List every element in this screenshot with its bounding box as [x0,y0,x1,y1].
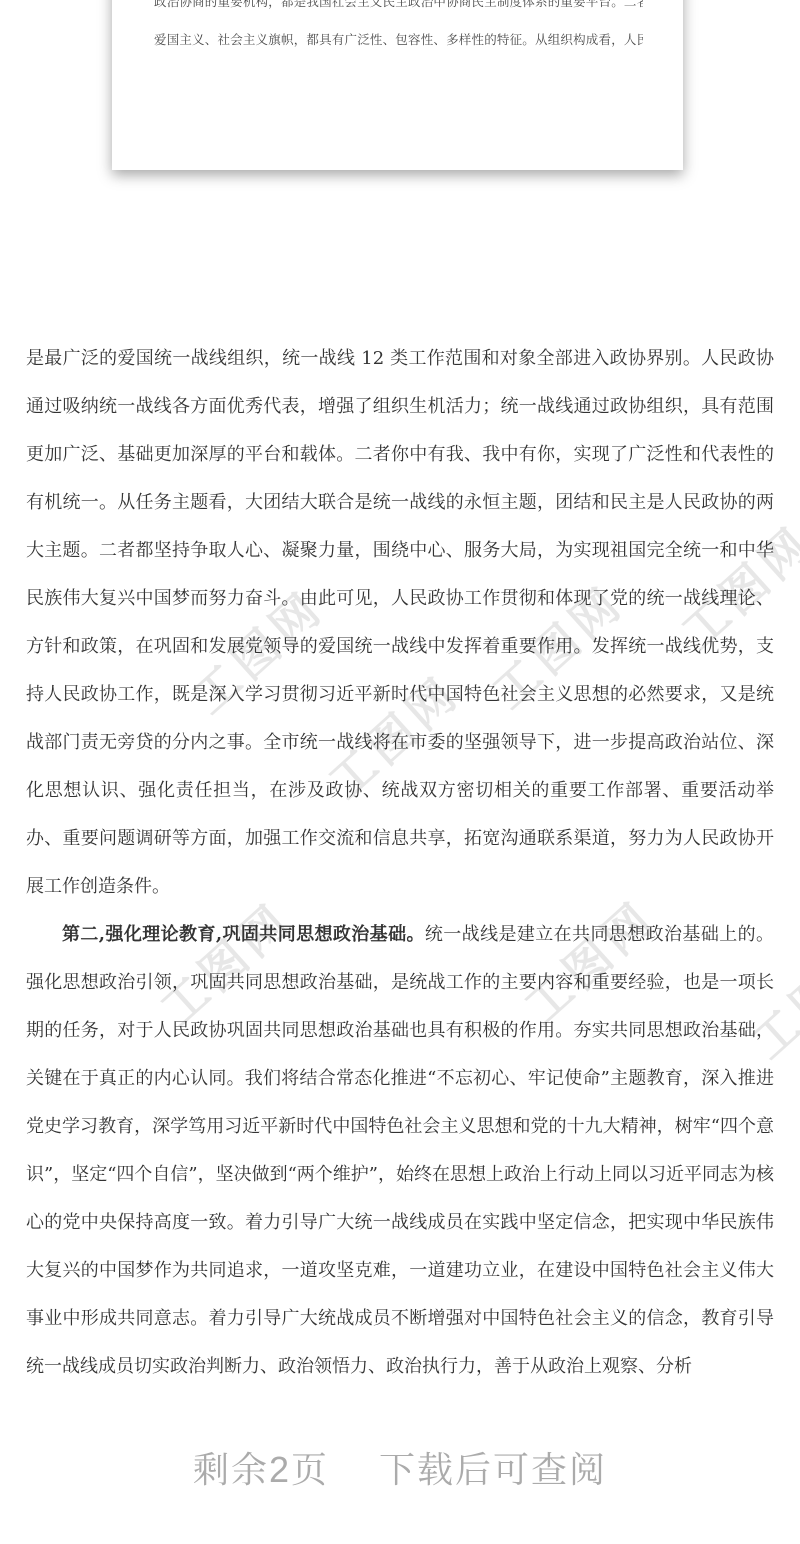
download-hint-label: 下载后可查阅 [379,1449,607,1490]
page-preview-card: 政治协商的重要机构，都是我国社会主义民主政治中协商民主制度体系的重要平台。二者高… [112,0,683,170]
preview-text-line: 政治协商的重要机构，都是我国社会主义民主政治中协商民主制度体系的重要平台。二者高… [154,0,643,21]
footer-hint: 剩余2页 下载后可查阅 [0,1442,800,1493]
paragraph-text: 统一战线是建立在共同思想政治基础上的。强化思想政治引领，巩固共同思想政治基础，是… [26,924,774,1377]
document-paragraph: 第二,强化理论教育,巩固共同思想政治基础。统一战线是建立在共同思想政治基础上的。… [26,911,774,1391]
document-paragraph: 是最广泛的爱国统一战线组织，统一战线 12 类工作范围和对象全部进入政协界别。人… [26,335,774,911]
preview-text-line: 爱国主义、社会主义旗帜，都具有广泛性、包容性、多样性的特征。从组织构成看，人民政… [154,21,643,59]
paragraph-text: 是最广泛的爱国统一战线组织，统一战线 12 类工作范围和对象全部进入政协界别。人… [26,348,774,897]
document-text: 是最广泛的爱国统一战线组织，统一战线 12 类工作范围和对象全部进入政协界别。人… [26,335,774,1391]
remaining-pages-label: 剩余2页 [193,1449,329,1490]
paragraph-lead-bold: 第二,强化理论教育,巩固共同思想政治基础。 [62,924,425,945]
document-preview-page: { "preview_card": { "lines": [ "政治协商的重要机… [0,0,800,1544]
